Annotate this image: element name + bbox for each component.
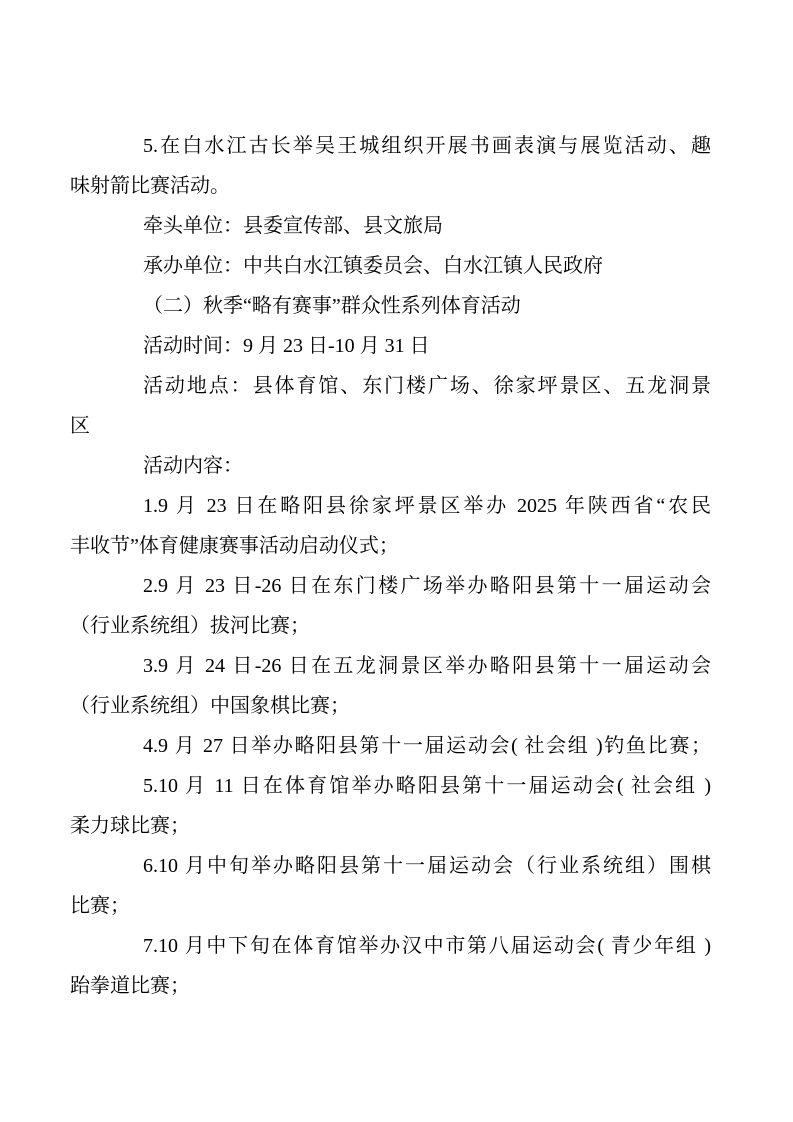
doc-line: 承办单位：中共白水江镇委员会、白水江镇人民政府 <box>70 246 711 286</box>
doc-line: （行业系统组）中国象棋比赛； <box>70 686 711 726</box>
document-body: 5.在白水江古长举吴王城组织开展书画表演与展览活动、趣味射箭比赛活动。牵头单位：… <box>70 126 711 1006</box>
doc-line: 活动地点：县体育馆、东门楼广场、徐家坪景区、五龙洞景 <box>70 366 711 406</box>
doc-line: 区 <box>70 406 711 446</box>
doc-line: 4.9 月 27 日举办略阳县第十一届运动会( 社会组 )钓鱼比赛； <box>70 726 711 766</box>
doc-line: 味射箭比赛活动。 <box>70 166 711 206</box>
doc-line: 活动时间：9 月 23 日-10 月 31 日 <box>70 326 711 366</box>
doc-line: 2.9 月 23 日-26 日在东门楼广场举办略阳县第十一届运动会 <box>70 566 711 606</box>
doc-line: 比赛； <box>70 886 711 926</box>
doc-line: 活动内容： <box>70 446 711 486</box>
doc-line: 5.在白水江古长举吴王城组织开展书画表演与展览活动、趣 <box>70 126 711 166</box>
doc-line: （行业系统组）拔河比赛； <box>70 606 711 646</box>
doc-line: 牵头单位：县委宣传部、县文旅局 <box>70 206 711 246</box>
doc-line: 跆拳道比赛； <box>70 966 711 1006</box>
doc-line: 5.10 月 11 日在体育馆举办略阳县第十一届运动会( 社会组 ) <box>70 766 711 806</box>
doc-line: 7.10 月中下旬在体育馆举办汉中市第八届运动会( 青少年组 ) <box>70 926 711 966</box>
doc-line: 1.9 月 23 日在略阳县徐家坪景区举办 2025 年陕西省“农民 <box>70 486 711 526</box>
doc-line: （二）秋季“略有赛事”群众性系列体育活动 <box>70 286 711 326</box>
doc-line: 6.10 月中旬举办略阳县第十一届运动会（行业系统组）围棋 <box>70 846 711 886</box>
doc-line: 3.9 月 24 日-26 日在五龙洞景区举办略阳县第十一届运动会 <box>70 646 711 686</box>
doc-line: 丰收节”体育健康赛事活动启动仪式； <box>70 526 711 566</box>
doc-line: 柔力球比赛； <box>70 806 711 846</box>
document-page: 5.在白水江古长举吴王城组织开展书画表演与展览活动、趣味射箭比赛活动。牵头单位：… <box>0 0 793 1122</box>
